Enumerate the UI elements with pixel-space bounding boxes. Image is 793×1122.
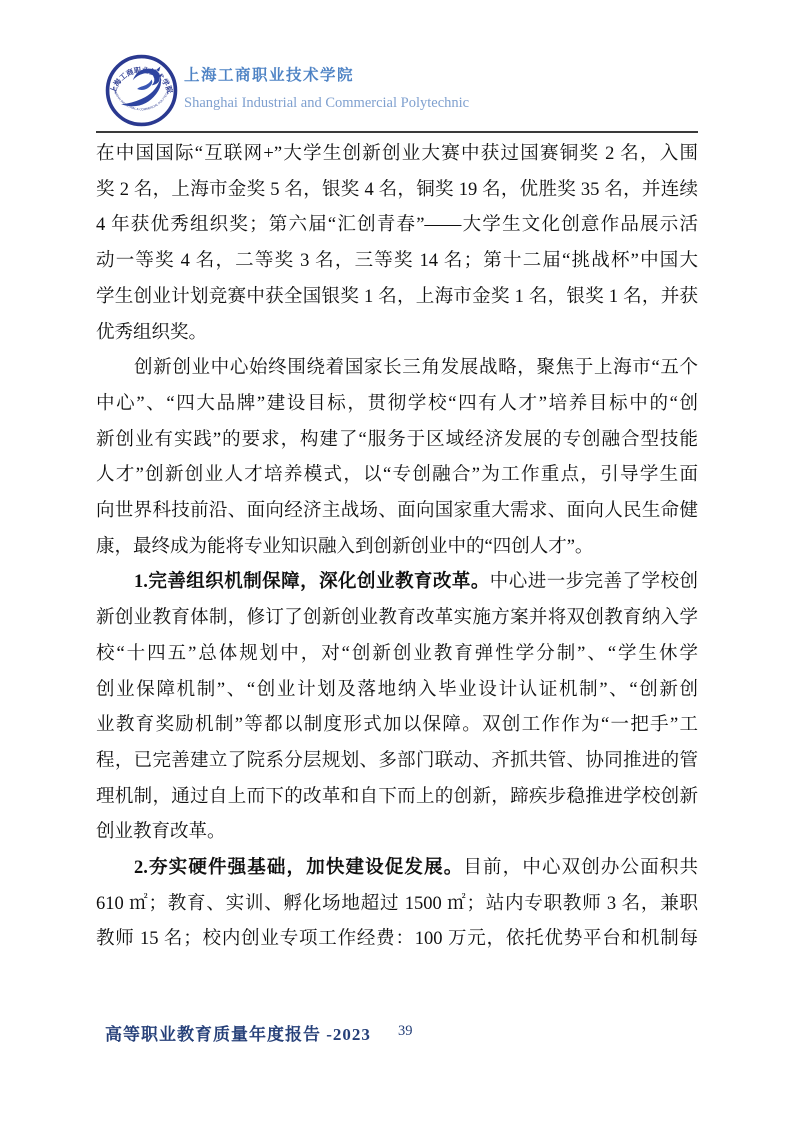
paragraph-line: 创新创业中心始终围绕着国家长三角发展战略，聚焦于上海市“五个 bbox=[96, 351, 698, 387]
document-body: 在中国国际“互联网+”大学生创新创业大赛中获过国赛铜奖 2 名，入围 奖 2 名… bbox=[96, 137, 698, 958]
paragraph-line: 创业教育改革。 bbox=[96, 815, 698, 851]
school-name-zh: 上海工商职业技术学院 bbox=[184, 66, 469, 86]
section-heading-1: 1.完善组织机制保障，深化创业教育改革。 bbox=[134, 572, 490, 592]
footer-report-title: 高等职业教育质量年度报告 -2023 bbox=[105, 1020, 371, 1045]
paragraph-line: 新创业教育体制，修订了创新创业教育改革实施方案并将双创教育纳入学 bbox=[96, 601, 698, 637]
paragraph-line: 奖 2 名，上海市金奖 5 名，银奖 4 名，铜奖 19 名，优胜奖 35 名，… bbox=[96, 173, 698, 209]
page-number: 39 bbox=[398, 1023, 413, 1040]
paragraph-text: 中心进一步完善了学校创 bbox=[490, 572, 698, 592]
paragraph-line: 优秀组织奖。 bbox=[96, 316, 698, 352]
header-divider bbox=[96, 131, 698, 133]
paragraph-line: 在中国国际“互联网+”大学生创新创业大赛中获过国赛铜奖 2 名，入围 bbox=[96, 137, 698, 173]
paragraph-line: 新创业有实践”的要求，构建了“服务于区域经济发展的专创融合型技能 bbox=[96, 423, 698, 459]
section-heading-2: 2.夯实硬件强基础，加快建设促发展。 bbox=[134, 858, 463, 878]
paragraph-line: 向世界科技前沿、面向经济主战场、面向国家重大需求、面向人民生命健 bbox=[96, 494, 698, 530]
paragraph-line: 程，已完善建立了院系分层规划、多部门联动、齐抓共管、协同推进的管 bbox=[96, 744, 698, 780]
paragraph-line: 学生创业计划竞赛中获全国银奖 1 名，上海市金奖 1 名，银奖 1 名，并获 bbox=[96, 280, 698, 316]
paragraph-line: 康，最终成为能将专业知识融入到创新创业中的“四创人才”。 bbox=[96, 530, 698, 566]
paragraph-line: 610 ㎡；教育、实训、孵化场地超过 1500 ㎡；站内专职教师 3 名，兼职 bbox=[96, 887, 698, 923]
paragraph-line: 4 年获优秀组织奖；第六届“汇创青春”——大学生文化创意作品展示活 bbox=[96, 208, 698, 244]
document-page: 上海工商职业技术学院 SHANGHAI INDUSTRIAL & COMMERC… bbox=[0, 0, 793, 1122]
paragraph-line: 业教育奖励机制”等都以制度形式加以保障。双创工作作为“一把手”工 bbox=[96, 708, 698, 744]
school-seal-icon: 上海工商职业技术学院 SHANGHAI INDUSTRIAL & COMMERC… bbox=[105, 54, 178, 127]
paragraph-line: 人才”创新创业人才培养模式，以“专创融合”为工作重点，引导学生面 bbox=[96, 458, 698, 494]
paragraph-line: 2.夯实硬件强基础，加快建设促发展。目前，中心双创办公面积共 bbox=[96, 851, 698, 887]
paragraph-line: 教师 15 名；校内创业专项工作经费：100 万元，依托优势平台和机制每 bbox=[96, 922, 698, 958]
paragraph-line: 中心”、“四大品牌”建设目标，贯彻学校“四有人才”培养目标中的“创 bbox=[96, 387, 698, 423]
school-name-en: Shanghai Industrial and Commercial Polyt… bbox=[184, 93, 469, 113]
paragraph-line: 动一等奖 4 名，二等奖 3 名，三等奖 14 名；第十二届“挑战杯”中国大 bbox=[96, 244, 698, 280]
paragraph-line: 理机制，通过自上而下的改革和自下而上的创新，蹄疾步稳推进学校创新 bbox=[96, 780, 698, 816]
paragraph-text: 目前，中心双创办公面积共 bbox=[463, 858, 698, 878]
paragraph-line: 校“十四五”总体规划中，对“创新创业教育弹性学分制”、“学生休学 bbox=[96, 637, 698, 673]
paragraph-line: 创业保障机制”、“创业计划及落地纳入毕业设计认证机制”、“创新创 bbox=[96, 673, 698, 709]
school-seal-svg: 上海工商职业技术学院 SHANGHAI INDUSTRIAL & COMMERC… bbox=[105, 54, 178, 127]
paragraph-line: 1.完善组织机制保障，深化创业教育改革。中心进一步完善了学校创 bbox=[96, 565, 698, 601]
header-titles: 上海工商职业技术学院 Shanghai Industrial and Comme… bbox=[184, 66, 469, 113]
